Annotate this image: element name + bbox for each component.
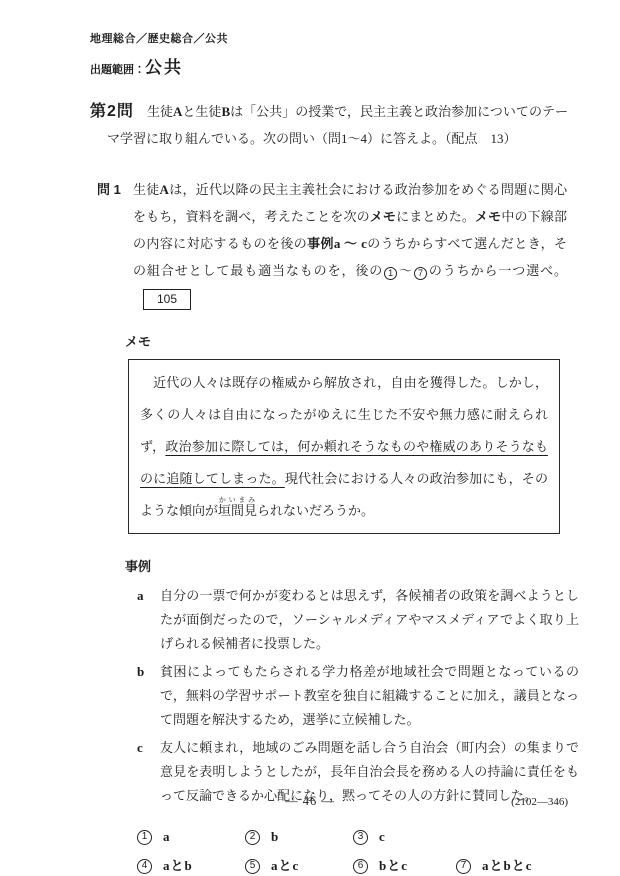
options-row-2: 4 aとb 5 aとc 6 bとc 7 aとbとc: [137, 852, 582, 876]
option-label: aとc: [271, 852, 299, 876]
memo-box: 近代の人々は既存の権威から解放され，自由を獲得した。しかし，多くの人々は自由にな…: [128, 359, 560, 534]
memo-ref-2: メモ: [475, 209, 501, 224]
exam-range: 出題範囲： 公共: [90, 53, 620, 78]
option-7: 7 aとbとc: [456, 852, 582, 876]
memo-ref-1: メモ: [370, 209, 396, 224]
student-a: A: [160, 182, 169, 197]
circled-number-icon: 6: [353, 859, 368, 874]
case-text: 貧困によってもたらされる学力格差が地域社会で問題となっているので，無料の学習サポ…: [160, 660, 579, 732]
circled-number-icon: 1: [137, 830, 152, 845]
option-3: 3 c: [353, 823, 582, 851]
circled-number-icon: 7: [456, 859, 471, 874]
question2-lead: 第2問生徒Aと生徒Bは「公共」の授業で，民主主義と政治参加についてのテーマ学習に…: [90, 98, 568, 152]
subject-list: 地理総合／歴史総合／公共: [90, 30, 620, 46]
answer-number-box: 105: [143, 289, 191, 310]
answer-options: 1 a 2 b 3 c 4 aとb 5 aとc 6 bとc: [137, 823, 582, 876]
option-label: a: [163, 823, 171, 851]
option-2: 2 b: [245, 823, 353, 851]
question2-label: 第2問: [90, 103, 134, 120]
case-letter: a: [137, 584, 160, 656]
cases-range: a ～ c: [334, 236, 367, 251]
cases-heading: 事例: [125, 556, 620, 575]
circled-number-1: 1: [384, 267, 397, 280]
q2-text-1: 生徒: [147, 104, 173, 119]
option-label: b: [271, 823, 279, 851]
option-5: 5 aとc: [245, 852, 353, 876]
q2-text-2: と生徒: [182, 104, 221, 119]
case-item-a: a 自分の一票で何かが変わるとは思えず，各候補者の政策を調べようとしたが面倒だっ…: [137, 584, 579, 656]
case-item-b: b 貧困によってもたらされる学力格差が地域社会で問題となっているので，無料の学習…: [137, 660, 579, 732]
option-4: 4 aとb: [137, 852, 245, 876]
question1-text: 生徒Aは，近代以降の民主主義社会における政治参加をめぐる問題に関心をもち，資料を…: [133, 176, 567, 311]
option-6: 6 bとc: [353, 852, 456, 876]
circled-number-7: 7: [414, 267, 427, 280]
student-b: B: [221, 104, 230, 119]
q1-text-3: にまとめた。: [396, 209, 475, 224]
option-label: bとc: [379, 852, 408, 876]
circled-number-icon: 5: [245, 859, 260, 874]
case-letter: b: [137, 660, 160, 732]
circled-number-icon: 3: [353, 830, 368, 845]
options-row-1: 1 a 2 b 3 c: [137, 823, 582, 851]
furigana-kaimami: 垣間見かいまみ: [218, 503, 257, 518]
option-label: c: [379, 823, 386, 851]
cases-ref: 事例: [307, 236, 334, 251]
ruby-base: 垣間見: [218, 503, 257, 518]
student-a: A: [173, 104, 182, 119]
range-label: 出題範囲：: [90, 61, 145, 77]
ruby-reading: かいまみ: [218, 496, 257, 504]
question1-label: 問 1: [97, 176, 133, 311]
memo-heading: メモ: [125, 331, 620, 350]
q1-text-8: のうちから一つ選べ。: [428, 263, 567, 278]
print-code: (2102—346): [511, 796, 568, 808]
tilde: ～: [398, 263, 413, 278]
option-label: aとb: [163, 852, 193, 876]
page-header: 地理総合／歴史総合／公共 出題範囲： 公共: [0, 0, 620, 78]
circled-number-icon: 4: [137, 859, 152, 874]
option-1: 1 a: [137, 823, 245, 851]
circled-number-icon: 2: [245, 830, 260, 845]
memo-text-4: られないだろうか。: [257, 503, 374, 518]
q1-text-1a: 生徒: [133, 182, 160, 197]
option-label: aとbとc: [482, 852, 533, 876]
question1-block: 問 1 生徒Aは，近代以降の民主主義社会における政治参加をめぐる問題に関心をもち…: [97, 176, 620, 311]
range-value: 公共: [145, 53, 183, 78]
exam-page: 地理総合／歴史総合／公共 出題範囲： 公共 第2問生徒Aと生徒Bは「公共」の授業…: [0, 0, 620, 876]
case-text: 自分の一票で何かが変わるとは思えず，各候補者の政策を調べようとしたが面倒だったの…: [160, 584, 579, 656]
